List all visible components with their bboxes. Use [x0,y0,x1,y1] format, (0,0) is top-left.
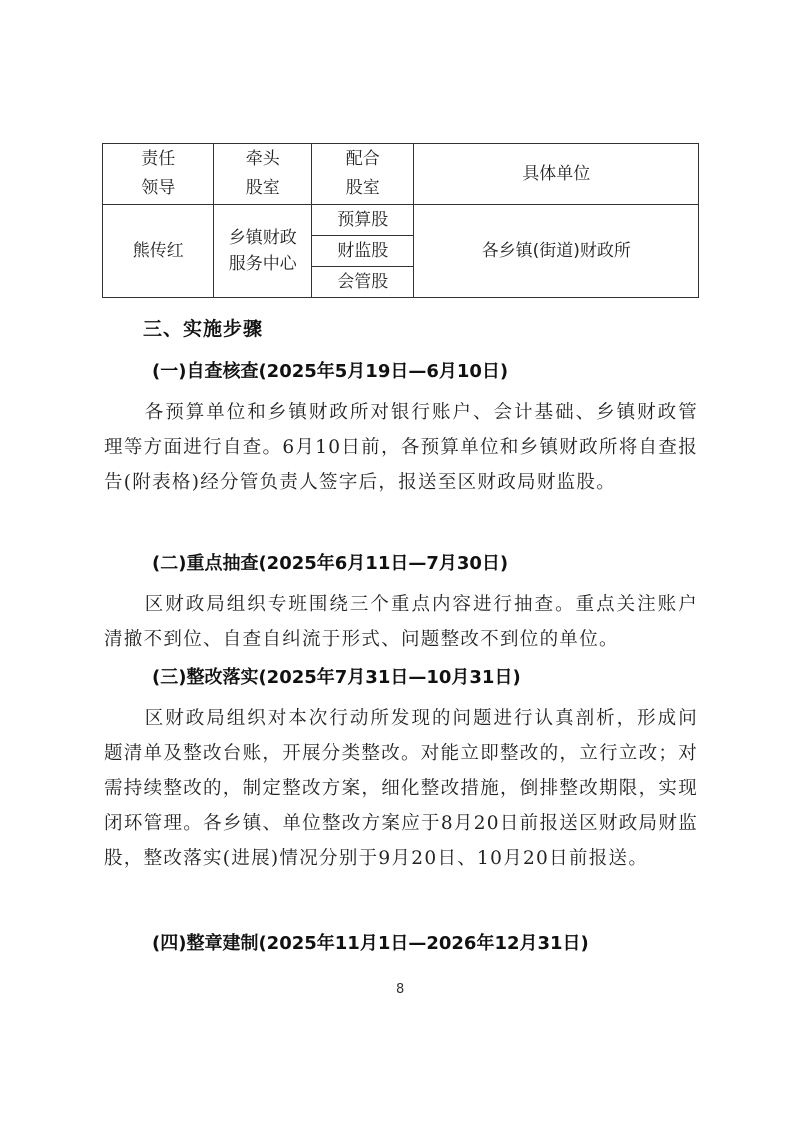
header-coop-dept: 配合 股室 [311,144,414,205]
step-paragraph-1: 各预算单位和乡镇财政所对银行账户、会计基础、乡镇财政管理等方面进行自查。6月10… [104,395,698,500]
step-paragraph-2: 区财政局组织专班围绕三个重点内容进行抽查。重点关注账户清撤不到位、自查自纠流于形… [104,587,698,657]
step-paragraph-3: 区财政局组织对本次行动所发现的问题进行认真剖析，形成问题清单及整改台账，开展分类… [104,701,698,876]
header-coop-dept-line1: 配合 [312,145,414,174]
cell-lead-dept: 乡镇财政 服务中心 [214,205,312,298]
cell-leader: 熊传红 [103,205,214,298]
table-row: 熊传红 乡镇财政 服务中心 预算股 各乡镇(街道)财政所 [103,205,699,236]
step-paragraph-2-text: 区财政局组织专班围绕三个重点内容进行抽查。重点关注账户清撤不到位、自查自纠流于形… [104,594,698,650]
document-page: 责任 领导 牵头 股室 配合 股室 具体单位 熊传红 乡镇财政 服务中心 预算股… [0,0,804,1129]
header-coop-dept-line2: 股室 [312,174,414,203]
header-leader-line1: 责任 [103,145,213,174]
cell-coop-dept-3: 会管股 [311,267,414,298]
header-lead-dept-line1: 牵头 [214,145,311,174]
header-units: 具体单位 [414,144,699,205]
header-leader: 责任 领导 [103,144,214,205]
responsibility-table: 责任 领导 牵头 股室 配合 股室 具体单位 熊传红 乡镇财政 服务中心 预算股… [102,143,699,298]
step-heading-2: (二)重点抽查(2025年6月11日—7月30日) [152,549,508,575]
cell-lead-dept-line1: 乡镇财政 [214,225,311,251]
table-header-row: 责任 领导 牵头 股室 配合 股室 具体单位 [103,144,699,205]
page-number: 8 [396,982,404,997]
header-leader-line2: 领导 [103,174,213,203]
step-heading-4: (四)整章建制(2025年11月1日—2026年12月31日) [152,929,589,955]
header-lead-dept: 牵头 股室 [214,144,312,205]
step-paragraph-3-text: 区财政局组织对本次行动所发现的问题进行认真剖析，形成问题清单及整改台账，开展分类… [104,708,698,869]
cell-coop-dept-1: 预算股 [311,205,414,236]
header-lead-dept-line2: 股室 [214,174,311,203]
cell-units: 各乡镇(街道)财政所 [414,205,699,298]
section-title: 三、实施步骤 [143,314,263,341]
cell-lead-dept-line2: 服务中心 [214,251,311,277]
step-heading-3: (三)整改落实(2025年7月31日—10月31日) [152,663,521,689]
step-paragraph-1-text: 各预算单位和乡镇财政所对银行账户、会计基础、乡镇财政管理等方面进行自查。6月10… [104,402,698,493]
step-heading-1: (一)自查核查(2025年5月19日—6月10日) [152,357,508,383]
cell-coop-dept-2: 财监股 [311,236,414,267]
